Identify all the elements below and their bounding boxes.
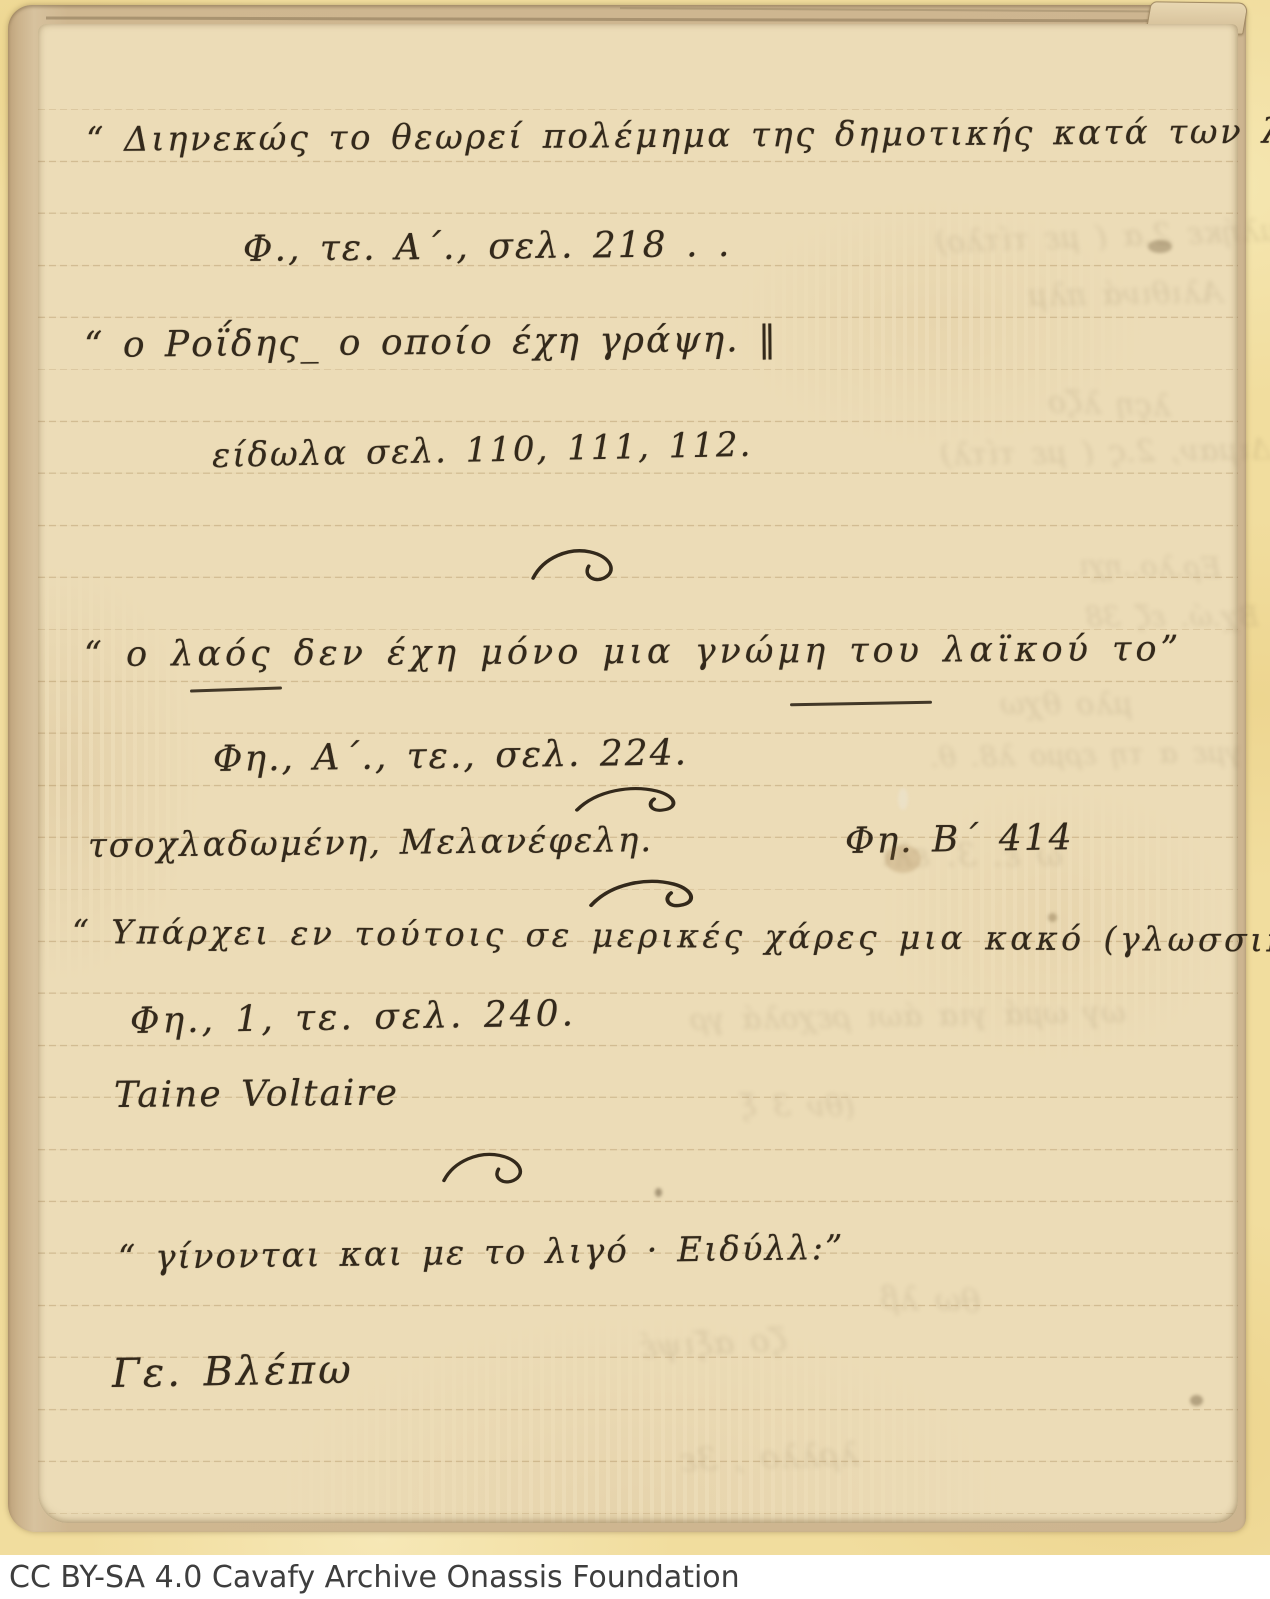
paper-stain: [1048, 913, 1057, 922]
ink-bleedthrough-ghost-text: ωγ ωμά για άωι ρεχολά γρ: [690, 996, 1126, 1037]
handwritten-line: Φη. Β΄ 414: [845, 816, 1074, 863]
paper-stain: [1148, 240, 1172, 253]
ink-bleedthrough-ghost-text: Διμαν, 2.ς ( με τίτλ): [940, 433, 1270, 472]
handwritten-line: “ ο Ροΐδης_ ο οποίο έχη γράψη. ‖: [84, 318, 778, 367]
license-attribution-text: CC BY-SA 4.0 Cavafy Archive Onassis Foun…: [0, 1560, 740, 1595]
ink-bleedthrough-ghost-text: θω λβ: [879, 1280, 980, 1319]
ink-bleedthrough-ghost-text: (θν 3 ξ: [740, 1090, 855, 1123]
handwritten-line: “ Διηνεκώς το θεωρεί πολέμημα της δημοτι…: [86, 111, 1270, 161]
ink-bleedthrough-ghost-text: ζο αξιψέ: [639, 1322, 787, 1365]
handwritten-line: Φη., 1, τε. σελ. 240.: [130, 992, 577, 1043]
ink-bleedthrough-ghost-text: Αλιθινά πλμ: [1028, 276, 1223, 312]
ink-bleedthrough-ghost-text: Ερ.λο..ηχι: [1078, 551, 1221, 584]
divider-squiggle-icon: [572, 782, 684, 816]
paper-stain: [885, 845, 921, 873]
ink-bleedthrough-ghost-text: λρλλο , 3ε: [679, 1437, 859, 1478]
ink-bleedthrough-ghost-text: μλο θχω: [1000, 688, 1133, 721]
handwritten-line: “ ο λαός δεν έχη μόνο μια γνώμη του λαϊκ…: [84, 628, 1183, 676]
ink-bleedthrough-ghost-text: γμε α τη ερμο λ8. θ.: [930, 737, 1243, 773]
paper-stain: [898, 788, 908, 810]
scanned-manuscript-screenshot: Βμλήκε 2.α ( με τίτλο)Αλιθινά πλμλçη λζο…: [0, 0, 1270, 1599]
handwritten-line: Φη., Α΄., τε., σελ. 224.: [213, 731, 689, 781]
paper-stain: [1190, 1395, 1203, 1406]
handwritten-line: Taine Voltaire: [114, 1072, 399, 1118]
caption-bar: CC BY-SA 4.0 Cavafy Archive Onassis Foun…: [0, 1555, 1270, 1599]
divider-squiggle-icon: [436, 1146, 536, 1190]
ink-bleedthrough-ghost-text: λçη λζο: [1047, 386, 1171, 423]
handwritten-line: Φ., τε. Α΄., σελ. 218 . .: [243, 223, 732, 271]
handwritten-line: Γε. Βλέπω: [112, 1346, 355, 1398]
divider-squiggle-icon: [586, 874, 702, 912]
paper-stain: [655, 1188, 662, 1197]
handwritten-line: τσοχλαδωμένη, Μελανέφελη.: [88, 820, 653, 867]
divider-squiggle-icon: [525, 542, 627, 588]
